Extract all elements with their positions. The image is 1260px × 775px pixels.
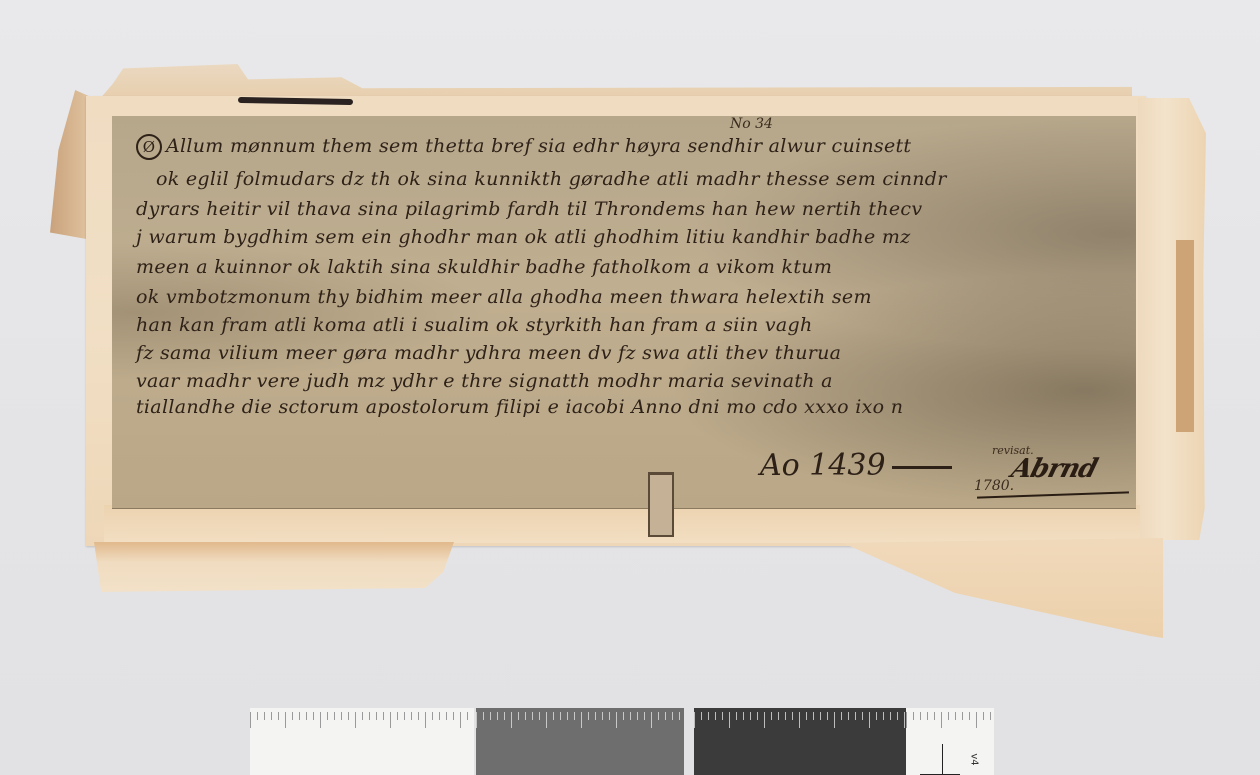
manuscript-line-2: ok eglil folmudars dz th ok sina kunnikt…: [156, 168, 947, 190]
scale-segment-black: [694, 708, 906, 775]
annotation-dash: [892, 466, 952, 469]
ruler-ticks: [906, 712, 994, 728]
scale-label: v4: [969, 753, 980, 765]
scale-color-bar: v4: [250, 708, 994, 775]
manuscript-line-9: vaar madhr vere judh mz ydhr e thre sign…: [136, 370, 833, 392]
scale-segment-white-end: [906, 708, 994, 775]
manuscript-line-3: dyrars heitir vil thava sina pilagrimb f…: [136, 198, 922, 220]
manuscript-line-7: han kan fram atli koma atli i sualim ok …: [136, 314, 813, 336]
scale-segment-white: [250, 708, 474, 775]
wrapper-inner-strip: [104, 505, 1140, 543]
wrapper-bottom-left-flap: [94, 542, 454, 592]
manuscript-parchment: No 34 ØAllum mønnum them sem thetta bref…: [112, 116, 1136, 509]
manuscript-line-1: ØAllum mønnum them sem thetta bref sia e…: [136, 134, 911, 160]
manuscript-line-8: fz sama vilium meer gøra madhr ydhra mee…: [136, 342, 841, 364]
crosshair-vertical: [942, 744, 943, 775]
manuscript-line-6: ok vmbotzmonum thy bidhim meer alla ghod…: [136, 286, 872, 308]
shelfmark: No 34: [730, 116, 773, 132]
manuscript-line-4: j warum bygdhim sem ein ghodhr man ok at…: [136, 226, 911, 248]
photo-background: No 34 ØAllum mønnum them sem thetta bref…: [0, 0, 1260, 775]
seal-tag-slit: [648, 472, 674, 537]
ruler-ticks: [250, 712, 474, 728]
scale-segment-grey: [476, 708, 684, 775]
wrapper-bottom-right-flap: [843, 538, 1163, 638]
ruler-ticks: [694, 712, 906, 728]
tape-strip: [1176, 240, 1194, 432]
manuscript-line-10: tiallandhe die sctorum apostolorum filip…: [136, 396, 903, 418]
decorated-initial: Ø: [136, 134, 162, 160]
archivist-signature: Abrnd: [1008, 454, 1100, 484]
manuscript-line-5: meen a kuinnor ok laktih sina skuldhir b…: [136, 256, 832, 278]
annotation-year: Ao 1439: [760, 448, 952, 483]
wrapper-right-flap: [1138, 98, 1206, 540]
ruler-ticks: [476, 712, 684, 728]
